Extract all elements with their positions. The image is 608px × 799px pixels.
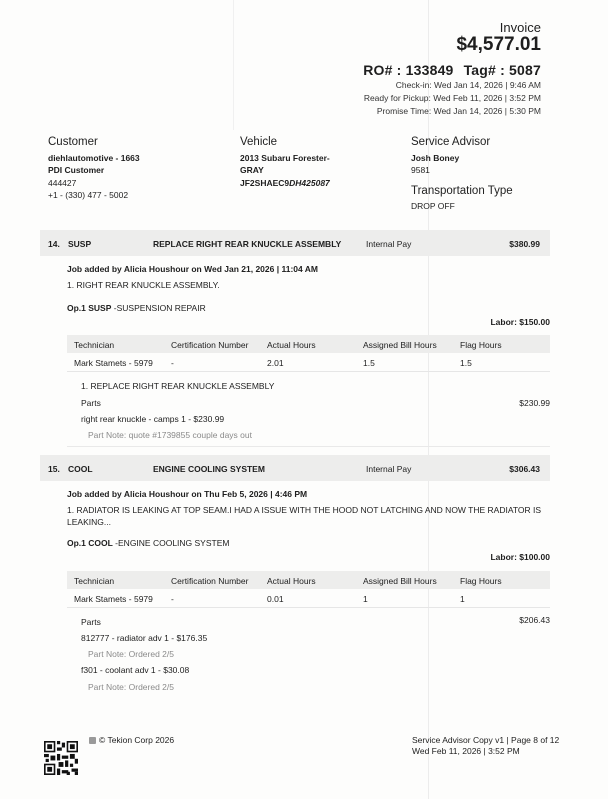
parts-label: Parts [81,617,101,627]
copyright: © Tekion Corp 2026 [89,735,174,745]
qr-code-icon [44,741,78,775]
job-concern-line-1: 1. RADIATOR IS LEAKING AT TOP SEAM.I HAD… [67,505,541,515]
customer-heading: Customer [48,136,140,149]
tekion-logo-icon [89,737,96,744]
part-line: 812777 - radiator adv 1 - $176.35 [81,633,207,643]
correction: 1. REPLACE RIGHT REAR KNUCKLE ASSEMBLY [81,381,274,391]
table-row: Mark Stamets - 5979 - 0.01 1 1 [67,589,550,608]
ro-number: RO# : 133849 [363,62,453,78]
assigned-bill-hours: 1.5 [363,358,375,368]
job-concern: 1. RIGHT REAR KNUCKLE ASSEMBLY. [67,280,220,290]
technician-name: Mark Stamets - 5979 [74,594,153,604]
job-concern-line-2: LEAKING... [67,517,111,527]
job-amount: $380.99 [509,239,540,249]
col-flag-hours: Flag Hours [460,340,502,350]
col-actual-hours: Actual Hours [267,340,316,350]
technician-table-header: Technician Certification Number Actual H… [67,335,550,353]
advisor-heading: Service Advisor [411,136,513,149]
page-fold [428,0,429,799]
customer-block: Customer diehlautomotive - 1663 PDI Cust… [48,136,140,202]
invoice-label: Invoice [500,20,541,35]
col-assigned-bill-hours: Assigned Bill Hours [363,340,437,350]
col-actual-hours: Actual Hours [267,576,316,586]
op-code: Op.1 COOL [67,538,113,548]
col-technician: Technician [74,576,114,586]
check-in-date: Check-in: Wed Jan 14, 2026 | 9:46 AM [396,80,541,90]
part-note: Part Note: quote #1739855 couple days ou… [88,430,252,440]
part-line: f301 - coolant adv 1 - $30.08 [81,665,189,675]
vehicle-vin: JF2SHAEC9DH425087 [240,177,330,190]
service-advisor-block: Service Advisor Josh Boney 9581 Transpor… [411,136,513,213]
part-note: Part Note: Ordered 2/5 [88,682,174,692]
labor-amount: Labor: $150.00 [490,317,550,327]
parts-total: $206.43 [519,615,550,625]
job-title: ENGINE COOLING SYSTEM [153,464,265,474]
customer-phone: +1 - (330) 477 - 5002 [48,189,140,202]
col-assigned-bill-hours: Assigned Bill Hours [363,576,437,586]
actual-hours: 2.01 [267,358,284,368]
job-header-15: 15. COOL ENGINE COOLING SYSTEM Internal … [40,455,550,481]
pay-type: Internal Pay [366,464,411,474]
labor-amount: Labor: $100.00 [490,552,550,562]
op-desc: -SUSPENSION REPAIR [111,303,205,313]
copyright-text: © Tekion Corp 2026 [99,735,174,745]
page-fold [233,0,234,130]
certification-number: - [171,594,174,604]
parts-label: Parts [81,398,101,408]
job-added-by: Job added by Alicia Houshour on Thu Feb … [67,489,307,499]
col-certification: Certification Number [171,576,248,586]
job-number: 15. [48,464,60,474]
actual-hours: 0.01 [267,594,284,604]
job-added-by: Job added by Alicia Houshour on Wed Jan … [67,264,318,274]
certification-number: - [171,358,174,368]
part-line: right rear knuckle - camps 1 - $230.99 [81,414,224,424]
job-title: REPLACE RIGHT REAR KNUCKLE ASSEMBLY [153,239,341,249]
vehicle-heading: Vehicle [240,136,330,149]
vehicle-block: Vehicle 2013 Subaru Forester- GRAY JF2SH… [240,136,330,189]
job-amount: $306.43 [509,464,540,474]
flag-hours: 1.5 [460,358,472,368]
parts-total: $230.99 [519,398,550,408]
op-line: Op.1 COOL -ENGINE COOLING SYSTEM [67,538,229,548]
job-code: SUSP [68,239,91,249]
transport-value: DROP OFF [411,200,513,213]
vin-suffix: DH425087 [289,178,330,188]
customer-name: diehlautomotive - 1663 [48,152,140,165]
col-certification: Certification Number [171,340,248,350]
invoice-total: $4,577.01 [456,34,541,56]
op-line: Op.1 SUSP -SUSPENSION REPAIR [67,303,206,313]
op-desc: -ENGINE COOLING SYSTEM [113,538,230,548]
op-code: Op.1 SUSP [67,303,111,313]
technician-table-header: Technician Certification Number Actual H… [67,571,550,589]
transport-heading: Transportation Type [411,185,513,198]
vehicle-color: GRAY [240,164,330,177]
col-flag-hours: Flag Hours [460,576,502,586]
job-number: 14. [48,239,60,249]
customer-type: PDI Customer [48,164,140,177]
customer-id: 444427 [48,177,140,190]
tag-number: Tag# : 5087 [464,62,541,78]
vehicle-model: 2013 Subaru Forester- [240,152,330,165]
assigned-bill-hours: 1 [363,594,368,604]
technician-name: Mark Stamets - 5979 [74,358,153,368]
flag-hours: 1 [460,594,465,604]
table-row: Mark Stamets - 5979 - 2.01 1.5 1.5 [67,353,550,372]
ready-for-pickup-date: Ready for Pickup: Wed Feb 11, 2026 | 3:5… [364,93,541,103]
copy-info: Service Advisor Copy v1 | Page 8 of 12 [412,735,559,745]
divider [67,446,550,447]
advisor-name: Josh Boney [411,152,513,165]
printed-date: Wed Feb 11, 2026 | 3:52 PM [412,746,520,756]
ro-tag-line: RO# : 133849Tag# : 5087 [363,62,541,78]
col-technician: Technician [74,340,114,350]
vin-prefix: JF2SHAEC9 [240,178,289,188]
job-header-14: 14. SUSP REPLACE RIGHT REAR KNUCKLE ASSE… [40,230,550,256]
promise-time: Promise Time: Wed Jan 14, 2026 | 5:30 PM [377,106,541,116]
job-code: COOL [68,464,93,474]
pay-type: Internal Pay [366,239,411,249]
advisor-id: 9581 [411,164,513,177]
part-note: Part Note: Ordered 2/5 [88,649,174,659]
